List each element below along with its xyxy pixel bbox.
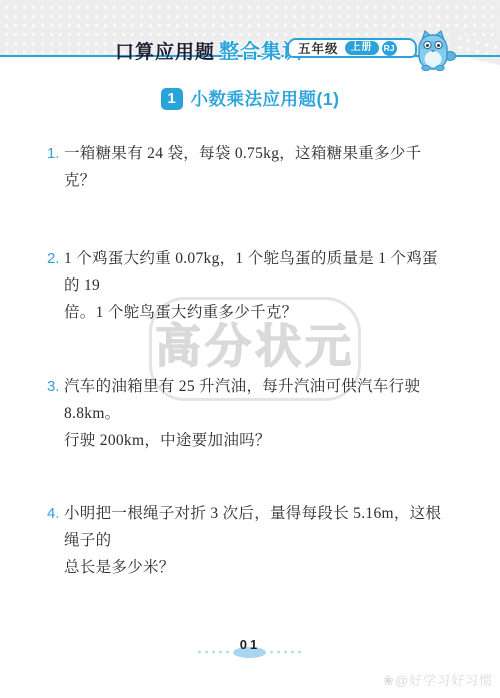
problem-line: 一箱糖果有 24 袋，每袋 0.75kg，这箱糖果重多少千克？: [64, 140, 451, 194]
problem-number: 1.: [47, 140, 64, 194]
problem-line: 1 个鸡蛋大约重 0.07kg，1 个鸵鸟蛋的质量是 1 个鸡蛋的 19: [64, 245, 451, 299]
series-title: 口算应用题: [115, 37, 215, 64]
problem-number: 3.: [47, 373, 64, 454]
cat-mascot-icon: [409, 29, 461, 76]
lesson-title: 1 小数乘法应用题(1): [0, 86, 500, 111]
problem-text: 汽车的油箱里有 25 升汽油，每升汽油可供汽车行驶 8.8km。 行驶 200k…: [64, 373, 451, 454]
grade-tab: 五年级 上册 RJ: [287, 38, 417, 58]
problem-line: 汽车的油箱里有 25 升汽油，每升汽油可供汽车行驶 8.8km。: [64, 373, 451, 427]
footer-dots-right: [268, 650, 304, 654]
problem-number: 4.: [47, 500, 64, 581]
problem-line: 行驶 200km，中途要加油吗？: [64, 427, 451, 454]
problem-3: 3. 汽车的油箱里有 25 升汽油，每升汽油可供汽车行驶 8.8km。 行驶 2…: [0, 373, 500, 454]
page-number: 01: [228, 637, 272, 652]
problem-1: 1. 一箱糖果有 24 袋，每袋 0.75kg，这箱糖果重多少千克？: [0, 140, 500, 194]
problem-number: 2.: [47, 245, 64, 326]
grade-label: 五年级: [298, 39, 339, 57]
corner-watermark: ❀@好学习好习惯: [383, 670, 493, 689]
volume-badge: 上册: [345, 41, 379, 55]
footer-dots-left: [196, 650, 232, 654]
book-brand: 口算应用题 整合集训: [115, 35, 303, 64]
problem-line: 总长是多少米？: [64, 554, 451, 581]
lesson-title-text: 小数乘法应用题(1): [191, 86, 340, 111]
problem-line: 小明把一根绳子对折 3 次后，量得每段长 5.16m，这根绳子的: [64, 500, 451, 554]
problem-line: 倍。1 个鸵鸟蛋大约重多少千克？: [64, 299, 451, 326]
problem-4: 4. 小明把一根绳子对折 3 次后，量得每段长 5.16m，这根绳子的 总长是多…: [0, 500, 500, 581]
workbook-page: 口算应用题 整合集训 五年级 上册 RJ 1 小数乘法应用题(1): [0, 0, 500, 698]
problem-text: 一箱糖果有 24 袋，每袋 0.75kg，这箱糖果重多少千克？: [64, 140, 451, 194]
lesson-number-badge: 1: [161, 88, 183, 110]
problem-2: 2. 1 个鸡蛋大约重 0.07kg，1 个鸵鸟蛋的质量是 1 个鸡蛋的 19 …: [0, 245, 500, 326]
problem-text: 1 个鸡蛋大约重 0.07kg，1 个鸵鸟蛋的质量是 1 个鸡蛋的 19 倍。1…: [64, 245, 451, 326]
problem-text: 小明把一根绳子对折 3 次后，量得每段长 5.16m，这根绳子的 总长是多少米？: [64, 500, 451, 581]
edition-badge: RJ: [382, 41, 397, 56]
